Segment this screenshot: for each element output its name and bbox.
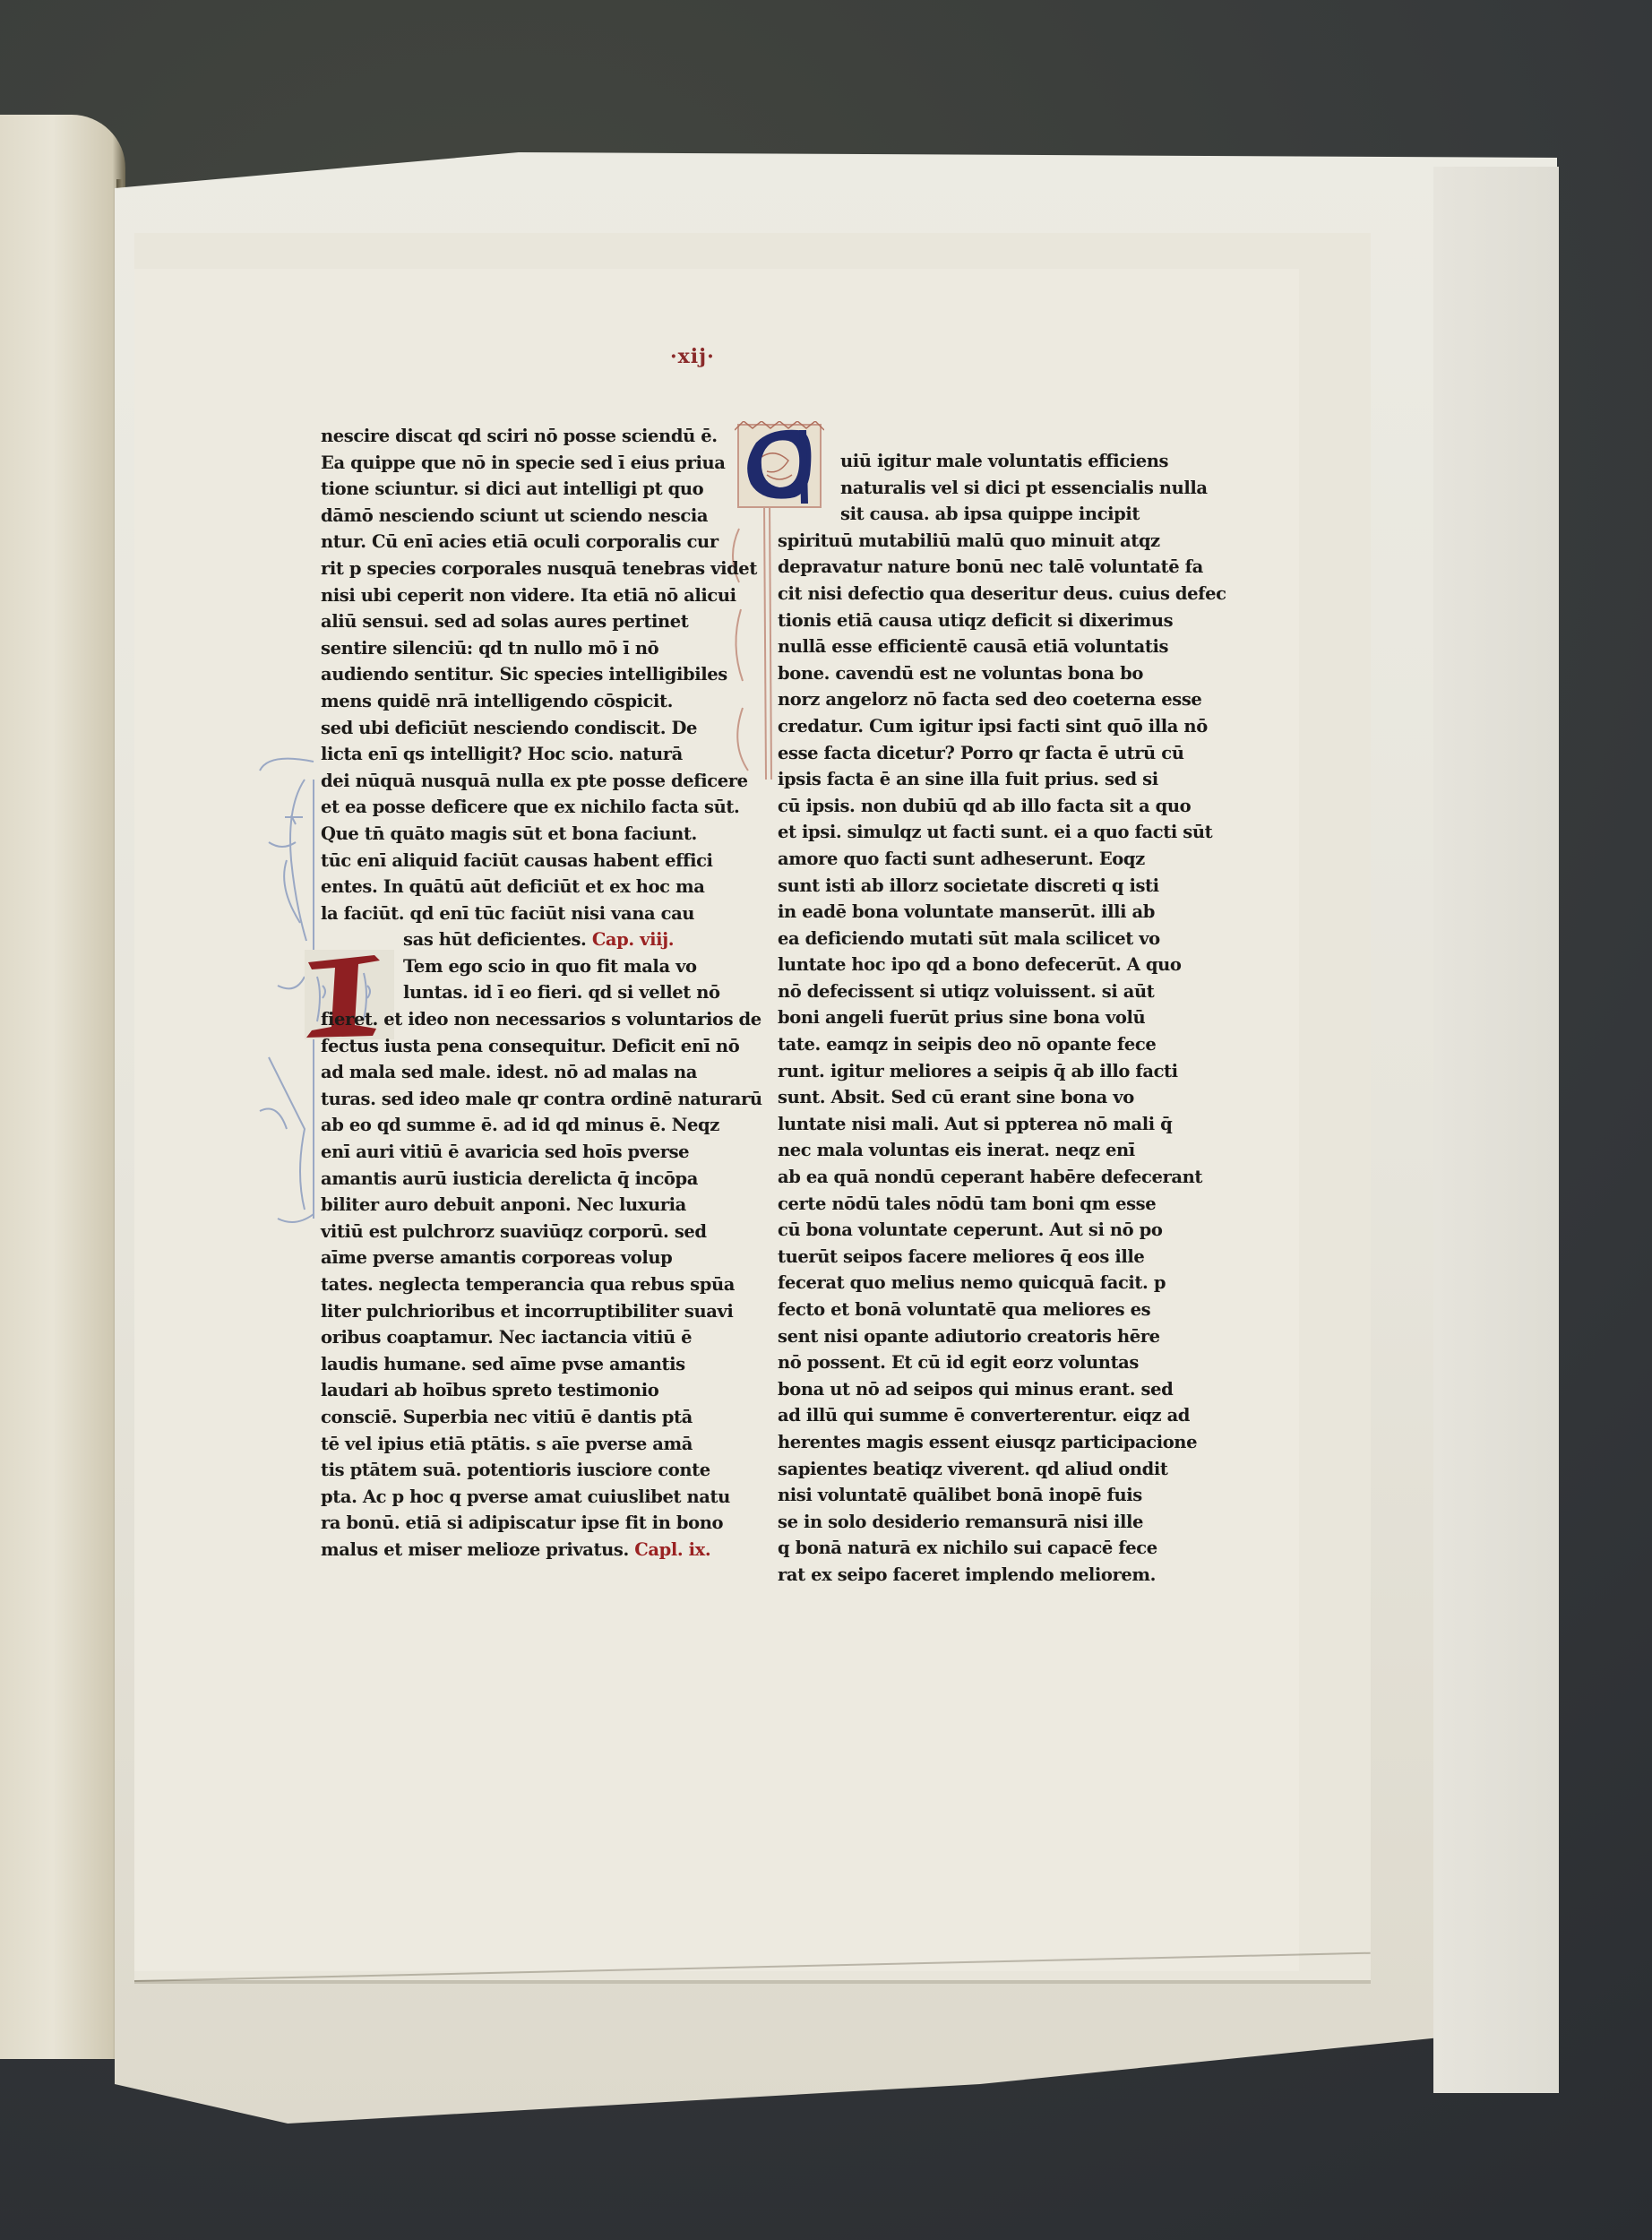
text-line: dāmō nesciendo sciunt ut sciendo nescia bbox=[321, 503, 715, 530]
text-line: nisi voluntatē quālibet bonā inopē fuis bbox=[778, 1482, 1172, 1509]
text-line: ipsis facta ē an sine illa fuit prius. s… bbox=[778, 766, 1172, 793]
text-line: licta enī qs intelligit? Hoc scio. natur… bbox=[321, 741, 715, 768]
text-line: q bonā naturā ex nichilo sui capacē fece bbox=[778, 1535, 1172, 1562]
text-line: entes. In quātū aūt deficiūt et ex hoc m… bbox=[321, 874, 715, 900]
text-line: nisi ubi ceperit non videre. Ita etiā nō… bbox=[321, 582, 715, 609]
text-line: uiū igitur male voluntatis efficiens bbox=[778, 448, 1172, 475]
text-line: cū ipsis. non dubiū qd ab illo facta sit… bbox=[778, 793, 1172, 820]
text-line: sed ubi deficiūt nesciendo condiscit. De bbox=[321, 715, 715, 742]
text-line: cū bona voluntate ceperunt. Aut si nō po bbox=[778, 1217, 1172, 1244]
text-line: ab ea quā nondū ceperant habēre defecera… bbox=[778, 1164, 1172, 1191]
text-line: ad mala sed male. idest. nō ad malas na bbox=[321, 1059, 715, 1086]
text-line: nullā esse efficientē causā etiā volunta… bbox=[778, 633, 1172, 660]
text-line: sent nisi opante adiutorio creatoris hēr… bbox=[778, 1323, 1172, 1350]
chapter-heading-9: Capl. ix. bbox=[634, 1539, 710, 1560]
penwork-flourish-icon bbox=[721, 502, 775, 788]
text-line-with-rubric: sas hūt deficientes. Cap. viij. bbox=[321, 926, 715, 953]
text-line: laudari ab hoībus spreto testimonio bbox=[321, 1377, 715, 1404]
text-line: fectus iusta pena consequitur. Deficit e… bbox=[321, 1033, 715, 1060]
text-line: tūc enī aliquid faciūt causas habent eff… bbox=[321, 848, 715, 874]
text-line: fecto et bonā voluntatē qua meliores es bbox=[778, 1297, 1172, 1323]
text-line: credatur. Cum igitur ipsi facti sint quō… bbox=[778, 713, 1172, 740]
text-line: certe nōdū tales nōdū tam boni qm esse bbox=[778, 1191, 1172, 1218]
text-line: pta. Ac p hoc q pverse amat cuiuslibet n… bbox=[321, 1484, 715, 1511]
text-line: sentire silenciū: qd tn nullo mō ī nō bbox=[321, 635, 715, 662]
text-line: sapientes beatiqz viverent. qd aliud ond… bbox=[778, 1456, 1172, 1483]
text-line: tates. neglecta temperancia qua rebus sp… bbox=[321, 1271, 715, 1298]
text-line: rat ex seipo faceret implendo meliorem. bbox=[778, 1562, 1172, 1589]
text-line: depravatur nature bonū nec talē voluntat… bbox=[778, 554, 1172, 581]
text-line: spirituū mutabiliū malū quo minuit atqz bbox=[778, 528, 1172, 555]
text-line: Tem ego scio in quo fit mala vo bbox=[321, 953, 715, 980]
text-line: oribus coaptamur. Nec iactancia vitiū ē bbox=[321, 1324, 715, 1351]
text-line: et ipsi. simulqz ut facti sunt. ei a quo… bbox=[778, 819, 1172, 846]
text-line: in eadē bona voluntate manserūt. illi ab bbox=[778, 899, 1172, 926]
text-line: sunt. Absit. Sed cū erant sine bona vo bbox=[778, 1084, 1172, 1111]
text-line: runt. igitur meliores a seipis q̄ ab ill… bbox=[778, 1058, 1172, 1085]
text-line: amore quo facti sunt adheserunt. Eoqz bbox=[778, 846, 1172, 873]
text-line: boni angeli fuerūt prius sine bona volū bbox=[778, 1004, 1172, 1031]
text-line-with-rubric: malus et miser melioze privatus. Capl. i… bbox=[321, 1537, 715, 1564]
text-line: luntas. id ī eo fieri. qd si vellet nō bbox=[321, 979, 715, 1006]
folio-number: ·xij· bbox=[670, 345, 715, 368]
text-line: tē vel ipius etiā ptātis. s aīe pverse a… bbox=[321, 1431, 715, 1458]
text-line: amantis aurū iusticia derelicta q̄ incōp… bbox=[321, 1166, 715, 1193]
text-line: nescire discat qd sciri nō posse sciendū… bbox=[321, 423, 715, 450]
text-line: enī auri vitiū ē avaricia sed hoīs pvers… bbox=[321, 1139, 715, 1166]
text-line: naturalis vel si dici pt essencialis nul… bbox=[778, 475, 1172, 502]
text-line: tuerūt seipos facere meliores q̄ eos ill… bbox=[778, 1244, 1172, 1271]
text-line: Que tn̄ quāto magis sūt et bona faciunt. bbox=[321, 821, 715, 848]
text-line: nō defecissent si utiqz voluissent. si a… bbox=[778, 978, 1172, 1005]
text-line: Ea quippe que nō in specie sed ī eius pr… bbox=[321, 450, 715, 477]
text-line: laudis humane. sed aīme pvse amantis bbox=[321, 1351, 715, 1378]
text-line: ea deficiendo mutati sūt mala scilicet v… bbox=[778, 926, 1172, 952]
text-line: se in solo desiderio remansurā nisi ille bbox=[778, 1509, 1172, 1536]
text-line: cit nisi defectio qua deseritur deus. cu… bbox=[778, 581, 1172, 607]
text-line: consciē. Superbia nec vitiū ē dantis ptā bbox=[321, 1404, 715, 1431]
text-line: herentes magis essent eiusqz participaci… bbox=[778, 1429, 1172, 1456]
text-line: vitiū est pulchrorz suaviūqz corporū. se… bbox=[321, 1219, 715, 1245]
text-line: tionis etiā causa utiqz deficit si dixer… bbox=[778, 607, 1172, 634]
text-line: aīme pverse amantis corporeas volup bbox=[321, 1245, 715, 1271]
text-line: ntur. Cū enī acies etiā oculi corporalis… bbox=[321, 529, 715, 556]
text-line: tione sciuntur. si dici aut intelligi pt… bbox=[321, 476, 715, 503]
text-line: sunt isti ab illorz societate discreti q… bbox=[778, 873, 1172, 900]
text-line: turas. sed ideo male qr contra ordinē na… bbox=[321, 1086, 715, 1113]
text-line: ra bonū. etiā si adipiscatur ipse fit in… bbox=[321, 1510, 715, 1537]
text-line: aliū sensui. sed ad solas aures pertinet bbox=[321, 608, 715, 635]
text-line: nō possent. Et cū id egit eorz voluntas bbox=[778, 1349, 1172, 1376]
text-line: et ea posse deficere que ex nichilo fact… bbox=[321, 794, 715, 821]
text-line: luntate hoc ipo qd a bono defecerūt. A q… bbox=[778, 952, 1172, 978]
text-line: esse facta dicetur? Porro qr facta ē utr… bbox=[778, 740, 1172, 767]
text-column-right: uiū igitur male voluntatis efficiens nat… bbox=[778, 448, 1172, 1589]
text-line: bone. cavendū est ne voluntas bona bo bbox=[778, 660, 1172, 687]
text-line: rit p species corporales nusquā tenebras… bbox=[321, 556, 715, 582]
text-line: tate. eamqz in seipis deo nō opante fece bbox=[778, 1031, 1172, 1058]
text-line: malus et miser melioze privatus. bbox=[321, 1539, 634, 1560]
text-line: liter pulchrioribus et incorruptibiliter… bbox=[321, 1298, 715, 1325]
text-line: audiendo sentitur. Sic species intelligi… bbox=[321, 661, 715, 688]
text-line: tis ptātem suā. potentioris iusciore con… bbox=[321, 1457, 715, 1484]
text-line: mens quidē nrā intelligendo cōspicit. bbox=[321, 688, 715, 715]
page-edge-stack bbox=[1433, 167, 1559, 2093]
text-line: fieret. et ideo non necessarios s volunt… bbox=[321, 1006, 715, 1033]
text-column-left: nescire discat qd sciri nō posse sciendū… bbox=[321, 423, 715, 1564]
text-line: biliter auro debuit anponi. Nec luxuria bbox=[321, 1192, 715, 1219]
text-line: dei nūquā nusquā nulla ex pte posse defi… bbox=[321, 768, 715, 795]
text-line: nec mala voluntas eis inerat. neqz enī bbox=[778, 1137, 1172, 1164]
text-line: luntate nisi mali. Aut si ppterea nō mal… bbox=[778, 1111, 1172, 1138]
facing-page-left bbox=[0, 115, 125, 2059]
text-line: ad illū qui summe ē converterentur. eiqz… bbox=[778, 1402, 1172, 1429]
text-line: fecerat quo melius nemo quicquā facit. p bbox=[778, 1270, 1172, 1297]
text-line: ab eo qd summe ē. ad id qd minus ē. Neqz bbox=[321, 1112, 715, 1139]
text-line: sit causa. ab ipsa quippe incipit bbox=[778, 501, 1172, 528]
text-line: bona ut nō ad seipos qui minus erant. se… bbox=[778, 1376, 1172, 1403]
text-line: la faciūt. qd enī tūc faciūt nisi vana c… bbox=[321, 900, 715, 927]
text-line: sas hūt deficientes. bbox=[403, 929, 592, 950]
text-line: norz angelorz nō facta sed deo coeterna … bbox=[778, 686, 1172, 713]
chapter-heading-8: Cap. viij. bbox=[592, 929, 674, 950]
